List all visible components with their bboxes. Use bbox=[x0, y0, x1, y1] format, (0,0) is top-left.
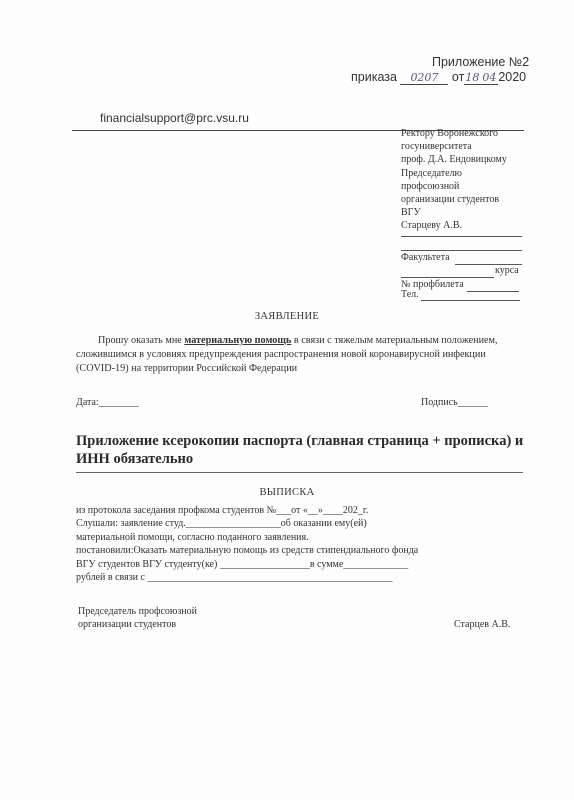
addressee-line: Председателю bbox=[401, 167, 525, 180]
addressee-block: Ректору Воронежского госуниверситета про… bbox=[401, 127, 525, 233]
section-divider bbox=[76, 472, 523, 473]
document-page: Приложение №2 приказа 0207 от18042020 fi… bbox=[0, 0, 574, 800]
faculty-label: Факультета bbox=[401, 252, 450, 263]
extract-title: ВЫПИСКА bbox=[0, 487, 574, 498]
contact-email: financialsupport@prc.vsu.ru bbox=[100, 111, 249, 125]
signatory-title-line: организации студентов bbox=[78, 618, 197, 631]
union-card-field[interactable] bbox=[467, 291, 519, 292]
order-month-handwritten: 04 bbox=[480, 71, 498, 85]
extract-line: ВГУ студентов ВГУ студенту(ке) _________… bbox=[76, 558, 476, 571]
extract-line: из протокола заседания профкома студенто… bbox=[76, 504, 476, 517]
extract-line: рублей в связи с _______________________… bbox=[76, 571, 476, 584]
course-label: курса bbox=[495, 265, 519, 276]
applicant-name-line-2[interactable] bbox=[401, 250, 522, 251]
phone-field[interactable] bbox=[421, 300, 520, 301]
appendix-title: Приложение №2 bbox=[432, 55, 529, 69]
order-prefix: приказа bbox=[351, 70, 397, 84]
addressee-line: организации студентов bbox=[401, 193, 525, 206]
order-reference: приказа 0207 от18042020 bbox=[351, 70, 526, 85]
order-date-prefix: от bbox=[452, 70, 464, 84]
material-aid-emphasis: материальную помощь bbox=[184, 335, 291, 346]
body-text: в связи с тяжелым материальным положение… bbox=[291, 335, 497, 346]
addressee-line: проф. Д.А. Ендовицкому bbox=[401, 153, 525, 166]
application-title: ЗАЯВЛЕНИЕ bbox=[0, 311, 574, 322]
extract-line: Слушали: заявление студ.________________… bbox=[76, 517, 476, 530]
extract-line: постановили:Оказать материальную помощь … bbox=[76, 544, 476, 557]
signatory-name: Старцев А.В. bbox=[454, 619, 510, 630]
order-year: 2020 bbox=[498, 70, 526, 84]
addressee-line: ВГУ bbox=[401, 206, 525, 219]
order-day-handwritten: 18 bbox=[464, 71, 480, 85]
addressee-line: Ректору Воронежского bbox=[401, 127, 525, 140]
addressee-line: Старцеву А.В. bbox=[401, 219, 525, 232]
extract-line: материальной помощи, согласно поданного … bbox=[76, 531, 476, 544]
application-body: Прошу оказать мне материальную помощь в … bbox=[76, 334, 526, 376]
extract-body: из протокола заседания профкома студенто… bbox=[76, 504, 476, 584]
attachment-requirement-note: Приложение ксерокопии паспорта (главная … bbox=[76, 432, 536, 468]
addressee-line: госуниверситета bbox=[401, 140, 525, 153]
date-field[interactable]: Дата:________ bbox=[76, 397, 139, 408]
signature-field[interactable]: Подпись______ bbox=[421, 397, 488, 408]
addressee-line: профсоюзной bbox=[401, 180, 525, 193]
signatory-title: Председатель профсоюзной организации сту… bbox=[78, 605, 197, 631]
applicant-name-line[interactable] bbox=[401, 236, 522, 237]
body-text: (COVID-19) на территории Российской Феде… bbox=[76, 362, 526, 376]
order-number-handwritten: 0207 bbox=[400, 71, 448, 85]
body-text: Прошу оказать мне bbox=[98, 335, 184, 346]
phone-label: Тел. bbox=[401, 289, 419, 300]
signatory-title-line: Председатель профсоюзной bbox=[78, 605, 197, 618]
course-field[interactable] bbox=[401, 277, 494, 278]
body-text: сложившимся в условиях предупреждения ра… bbox=[76, 348, 526, 362]
